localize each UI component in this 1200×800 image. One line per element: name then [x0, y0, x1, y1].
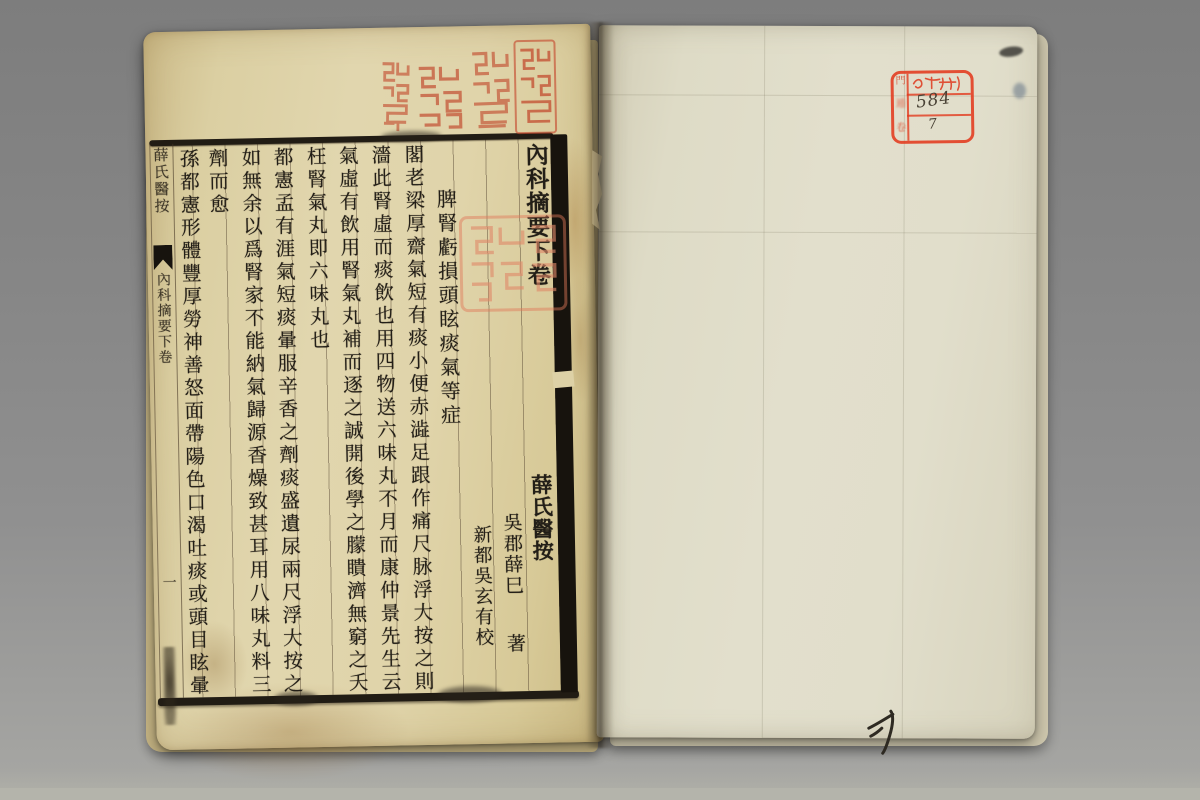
collector-seal: [513, 39, 557, 134]
frame-bar-break: [552, 370, 574, 388]
paper-crease: [762, 26, 765, 738]
library-accession-stamp: 門 逓 卷 584 7: [890, 70, 974, 144]
stamp-accession-number: 584: [915, 88, 953, 113]
ink-smudge: [1013, 83, 1026, 99]
ink-smudge: [438, 686, 502, 703]
collector-seal: [377, 57, 413, 134]
stamp-cell-char: 逓: [896, 100, 906, 110]
ink-smudge: [274, 691, 318, 706]
handwritten-mark: [861, 706, 905, 762]
editor-column: 新都吳玄有校: [467, 525, 497, 649]
author-role-char: 著: [501, 633, 529, 653]
stamp-grid-line: [907, 114, 971, 117]
photo-background-edge: [0, 788, 1200, 800]
stamp-cell-char: 門: [896, 77, 906, 87]
spine-carver-smudge: [160, 647, 179, 725]
left-page: 薛氏醫按 內科摘要下卷 一 內科摘要下卷 薛氏醫按 吳郡薛巳 著 新都吳玄有校 …: [143, 24, 604, 750]
collector-seal: [466, 45, 516, 135]
ink-smudge: [999, 45, 1024, 58]
spine-page-number: 一: [161, 575, 177, 589]
collector-seal-large: [459, 214, 568, 312]
stamp-cell-char: 卷: [896, 124, 906, 134]
series-title-column: 薛氏醫按: [524, 473, 560, 562]
collector-seal: [414, 60, 468, 135]
author-column: 吳郡薛巳: [496, 512, 528, 597]
spine-series-title: 薛氏醫按: [150, 147, 171, 215]
paper-crease: [599, 231, 1037, 234]
stamp-sub-number: 7: [927, 116, 937, 133]
right-page: 門 逓 卷 584 7: [597, 25, 1037, 739]
spine-volume-title: 內科摘要下卷: [153, 272, 175, 365]
